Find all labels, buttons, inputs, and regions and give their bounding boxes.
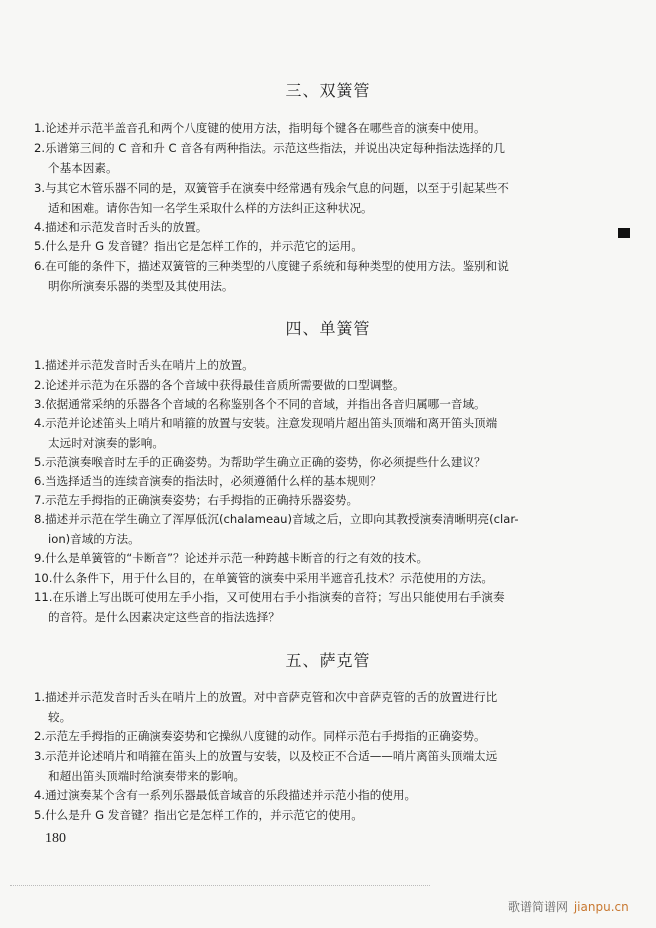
list-item: 6.在可能的条件下，描述双簧管的三种类型的八度键子系统和每种类型的使用方法。鉴别… bbox=[34, 257, 558, 296]
list-item: 1.描述并示范发音时舌头在哨片上的放置。对中音萨克管和次中音萨克管的舌的放置进行… bbox=[34, 688, 558, 727]
list-item: 8.描述并示范在学生确立了浑厚低沉(chalameau)音域之后，立即向其教授演… bbox=[34, 510, 558, 549]
watermark-text: 歌谱简谱网 bbox=[508, 900, 568, 914]
list-item: 2.示范左手拇指的正确演奏姿势和它操纵八度键的动作。同样示范右手拇指的正确姿势。 bbox=[34, 727, 558, 747]
list-item: 5.什么是升 G 发音键？指出它是怎样工作的，并示范它的运用。 bbox=[34, 237, 558, 257]
list-item: 3.与其它木管乐器不同的是，双簧管手在演奏中经常遇有残余气息的问题，以至于引起某… bbox=[34, 179, 558, 218]
section-title-saxophone: 五、萨克管 bbox=[0, 648, 656, 671]
margin-mark bbox=[618, 228, 630, 238]
list-item: 3.示范并论述哨片和哨箍在笛头上的放置与安装，以及校正不合适——哨片离笛头顶端太… bbox=[34, 747, 558, 786]
list-item: 2.乐谱第三间的 C 音和升 C 音各有两种指法。示范这些指法，并说出决定每种指… bbox=[34, 139, 558, 178]
list-item: 4.描述和示范发音时舌头的放置。 bbox=[34, 218, 558, 238]
list-item: 5.什么是升 G 发音键？指出它是怎样工作的，并示范它的使用。 bbox=[34, 806, 558, 826]
list-item: 4.示范并论述笛头上哨片和哨箍的放置与安装。注意发现哨片超出笛头顶端和离开笛头顶… bbox=[34, 414, 558, 453]
watermark: 歌谱简谱网 jianpu.cn bbox=[508, 898, 629, 915]
watermark-domain: jianpu.cn bbox=[574, 900, 629, 914]
section-title-clarinet: 四、单簧管 bbox=[0, 316, 656, 339]
list-item: 2.论述并示范为在乐器的各个音域中获得最佳音质所需要做的口型调整。 bbox=[34, 376, 558, 396]
list-item: 10.什么条件下，用于什么目的，在单簧管的演奏中采用半遮音孔技术？示范使用的方法… bbox=[34, 569, 558, 589]
list-item: 4.通过演奏某个含有一系列乐器最低音域音的乐段描述并示范小指的使用。 bbox=[34, 786, 558, 806]
scan-artifact-line bbox=[10, 885, 430, 887]
page-number: 180 bbox=[45, 831, 66, 847]
list-item: 3.依据通常采纳的乐器各个音域的名称鉴别各个不同的音域，并指出各音归属哪一音域。 bbox=[34, 395, 558, 415]
list-item: 6.当选择适当的连续音演奏的指法时，必须遵循什么样的基本规则？ bbox=[34, 472, 558, 492]
list-item: 1.论述并示范半盖音孔和两个八度键的使用方法，指明每个键各在哪些音的演奏中使用。 bbox=[34, 119, 558, 139]
document-page: 三、双簧管 1.论述并示范半盖音孔和两个八度键的使用方法，指明每个键各在哪些音的… bbox=[0, 0, 656, 928]
list-item: 5.示范演奏喉音时左手的正确姿势。为帮助学生确立正确的姿势，你必须提些什么建议？ bbox=[34, 453, 558, 473]
list-item: 1.描述并示范发音时舌头在哨片上的放置。 bbox=[34, 356, 558, 376]
list-item: 9.什么是单簧管的“卡断音”？论述并示范一种跨越卡断音的行之有效的技术。 bbox=[34, 549, 558, 569]
list-item: 7.示范左手拇指的正确演奏姿势；右手拇指的正确持乐器姿势。 bbox=[34, 491, 558, 511]
section-title-oboe: 三、双簧管 bbox=[0, 78, 656, 101]
list-item: 11.在乐谱上写出既可使用左手小指，又可使用右手小指演奏的音符；写出只能使用右手… bbox=[34, 588, 558, 627]
